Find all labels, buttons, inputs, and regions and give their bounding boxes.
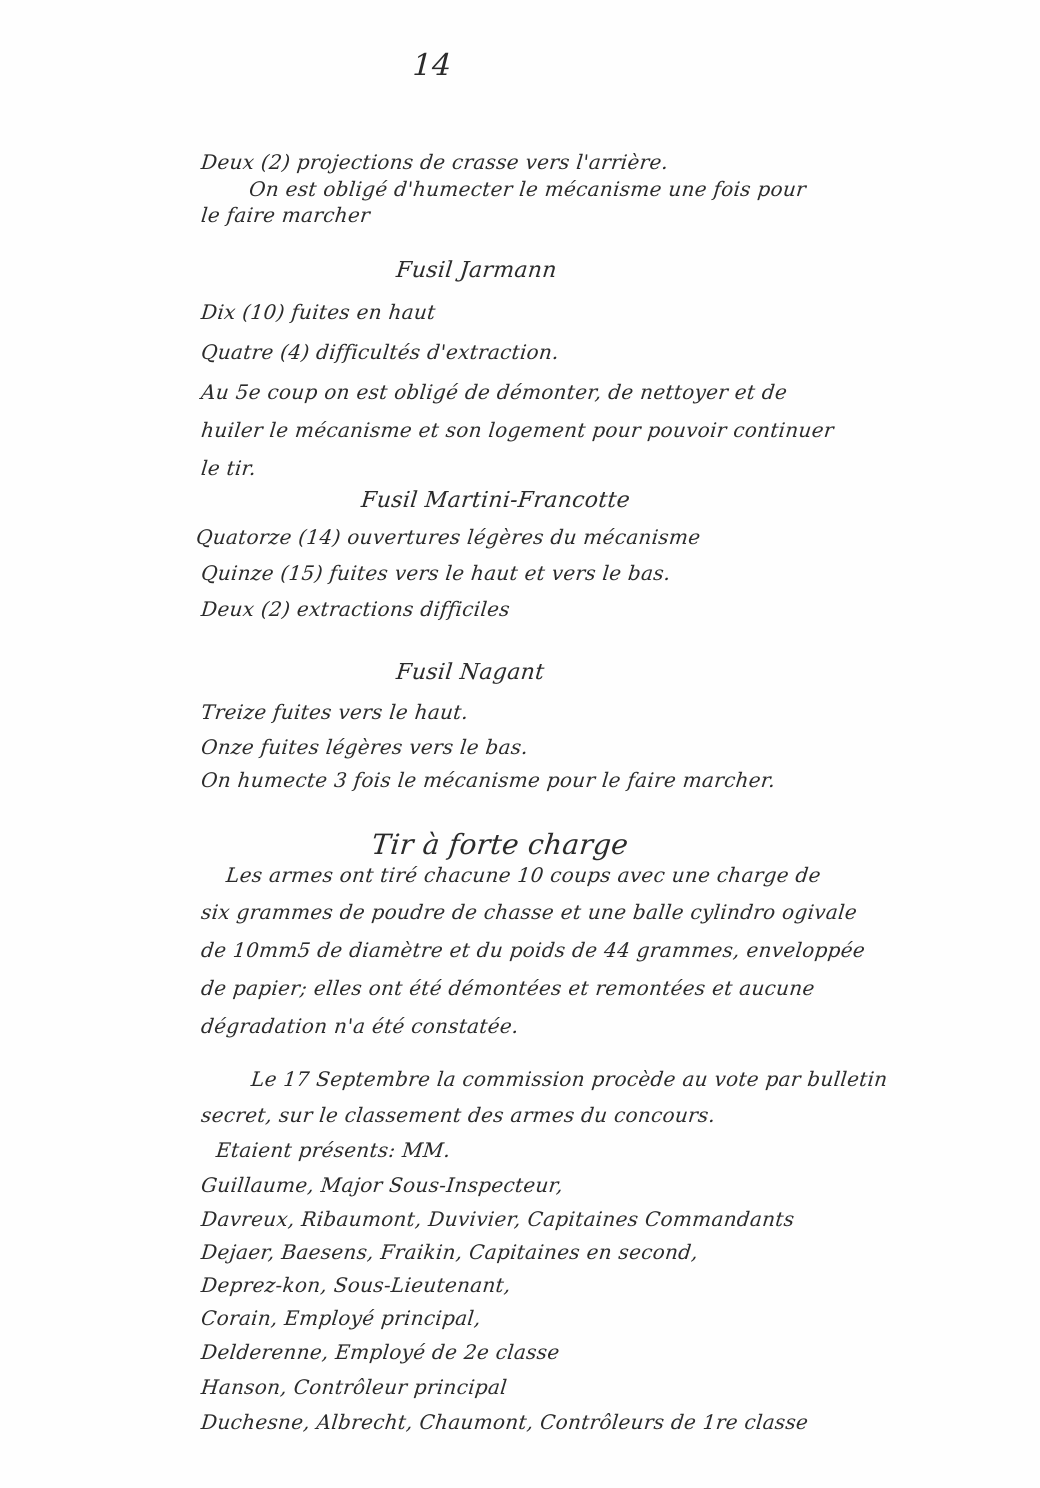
attendee-line: Corain, Employé principal, xyxy=(200,1306,482,1330)
martini-line: Quinze (15) fuites vers le haut et vers … xyxy=(200,561,672,585)
section-title-jarmann: Fusil Jarmann xyxy=(395,258,558,283)
jarmann-line: le tir. xyxy=(200,456,257,480)
attendee-line: Guillaume, Major Sous-Inspecteur, xyxy=(200,1173,564,1197)
tir-line: six grammes de poudre de chasse et une b… xyxy=(200,900,858,924)
attendee-line: Deprez-kon, Sous-Lieutenant, xyxy=(200,1273,512,1297)
martini-line: Deux (2) extractions difficiles xyxy=(200,597,511,621)
jarmann-line: Au 5e coup on est obligé de démonter, de… xyxy=(200,380,789,404)
section-title-nagant: Fusil Nagant xyxy=(395,660,546,685)
section-title-martini: Fusil Martini-Francotte xyxy=(360,488,631,513)
intro-line: On est obligé d'humecter le mécanisme un… xyxy=(248,177,807,201)
attendee-line: Duchesne, Albrecht, Chaumont, Contrôleur… xyxy=(200,1410,810,1434)
jarmann-line: huiler le mécanisme et son logement pour… xyxy=(200,418,835,442)
attendee-line: Davreux, Ribaumont, Duvivier, Capitaines… xyxy=(200,1207,796,1231)
attendees-heading: Etaient présents: MM. xyxy=(215,1138,452,1162)
manuscript-page: 14 Deux (2) projections de crasse vers l… xyxy=(0,0,1040,1488)
jarmann-line: Dix (10) fuites en haut xyxy=(200,300,437,324)
nagant-line: Onze fuites légères vers le bas. xyxy=(200,735,529,759)
vote-line: secret, sur le classement des armes du c… xyxy=(200,1103,717,1127)
tir-line: Les armes ont tiré chacune 10 coups avec… xyxy=(225,863,822,887)
tir-line: de papier; elles ont été démontées et re… xyxy=(200,976,816,1000)
nagant-line: Treize fuites vers le haut. xyxy=(200,700,470,724)
jarmann-line: Quatre (4) difficultés d'extraction. xyxy=(200,340,560,364)
attendee-line: Delderenne, Employé de 2e classe xyxy=(200,1340,561,1364)
intro-line: le faire marcher xyxy=(200,203,371,227)
attendee-line: Hanson, Contrôleur principal xyxy=(200,1375,508,1399)
page-number: 14 xyxy=(408,48,456,83)
tir-line: dégradation n'a été constatée. xyxy=(200,1014,520,1038)
intro-line: Deux (2) projections de crasse vers l'ar… xyxy=(200,150,670,174)
vote-line: Le 17 Septembre la commission procède au… xyxy=(250,1067,889,1091)
martini-line: Quatorze (14) ouvertures légères du méca… xyxy=(195,525,702,549)
nagant-line: On humecte 3 fois le mécanisme pour le f… xyxy=(200,768,777,792)
attendee-line: Dejaer, Baesens, Fraikin, Capitaines en … xyxy=(200,1240,699,1264)
section-title-tir: Tir à forte charge xyxy=(370,828,630,861)
tir-line: de 10mm5 de diamètre et du poids de 44 g… xyxy=(200,938,866,962)
